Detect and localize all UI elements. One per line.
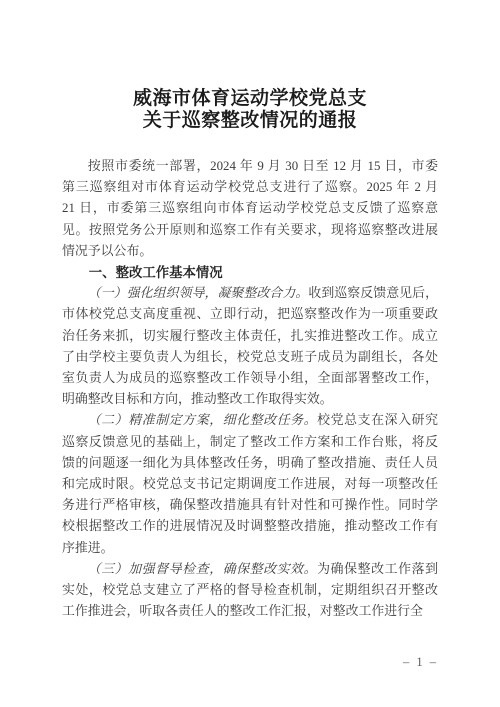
document-line: 馈的问题逐一细化为具体整改任务，明确了整改措施、责任人员 bbox=[62, 453, 438, 474]
section-heading: 一、整改工作基本情况 bbox=[62, 262, 438, 283]
document-line: 室负责人为成员的巡察整改工作领导小组，全面部署整改工作， bbox=[62, 368, 438, 389]
document-line: 按照市委统一部署，2024 年 9 月 30 日至 12 月 15 日，市委 bbox=[62, 156, 438, 177]
document-title-line-1: 威海市体育运动学校党总支 bbox=[62, 88, 438, 110]
paragraph-lead: （一）强化组织领导，凝聚整改合力。 bbox=[88, 286, 309, 300]
document-line: 情况予以公布。 bbox=[62, 241, 438, 262]
page-number: – 1 – bbox=[403, 655, 438, 670]
document-line: （三）加强督导检查，确保整改实效。为确保整改工作落到 bbox=[62, 559, 438, 580]
document-line: （二）精准制定方案，细化整改任务。校党总支在深入研究 bbox=[62, 410, 438, 431]
document-line: 明确整改目标和方向，推动整改工作取得实效。 bbox=[62, 389, 438, 410]
document-line: 和完成时限。校党总支书记定期调度工作进展，对每一项整改任 bbox=[62, 474, 438, 495]
document-line: 巡察反馈意见的基础上，制定了整改工作方案和工作台账，将反 bbox=[62, 432, 438, 453]
document-content: 威海市体育运动学校党总支 关于巡察整改情况的通报 按照市委统一部署，2024 年… bbox=[0, 88, 500, 622]
document-line: （一）强化组织领导，凝聚整改合力。收到巡察反馈意见后， bbox=[62, 283, 438, 304]
document-page: 威海市体育运动学校党总支 关于巡察整改情况的通报 按照市委统一部署，2024 年… bbox=[0, 0, 500, 707]
document-title: 威海市体育运动学校党总支 关于巡察整改情况的通报 bbox=[62, 88, 438, 132]
document-line: 21 日，市委第三巡察组向市体育运动学校党总支反馈了巡察意 bbox=[62, 198, 438, 219]
document-line: 序推进。 bbox=[62, 538, 438, 559]
paragraph-lead: （二）精准制定方案，细化整改任务。 bbox=[88, 413, 317, 427]
document-line: 务进行严格审核，确保整改措施具有针对性和可操作性。同时学 bbox=[62, 495, 438, 516]
document-line: 校根据整改工作的进展情况及时调整整改措施，推动整改工作有 bbox=[62, 516, 438, 537]
document-line: 了由学校主要负责人为组长，校党总支班子成员为副组长，各处 bbox=[62, 347, 438, 368]
document-line: 治任务来抓，切实履行整改主体责任，扎实推进整改工作。成立 bbox=[62, 326, 438, 347]
paragraph-lead: （三）加强督导检查，确保整改实效。 bbox=[88, 562, 317, 576]
document-line: 第三巡察组对市体育运动学校党总支进行了巡察。2025 年 2 月 bbox=[62, 177, 438, 198]
document-line: 见。按照党务公开原则和巡察工作有关要求，现将巡察整改进展 bbox=[62, 220, 438, 241]
document-line: 市体校党总支高度重视、立即行动，把巡察整改作为一项重要政 bbox=[62, 304, 438, 325]
document-line: 工作推进会，听取各责任人的整改工作汇报，对整改工作进行全 bbox=[62, 601, 438, 622]
document-body: 按照市委统一部署，2024 年 9 月 30 日至 12 月 15 日，市委第三… bbox=[62, 156, 438, 622]
document-line: 实处，校党总支建立了严格的督导检查机制，定期组织召开整改 bbox=[62, 580, 438, 601]
document-title-line-2: 关于巡察整改情况的通报 bbox=[62, 110, 438, 132]
